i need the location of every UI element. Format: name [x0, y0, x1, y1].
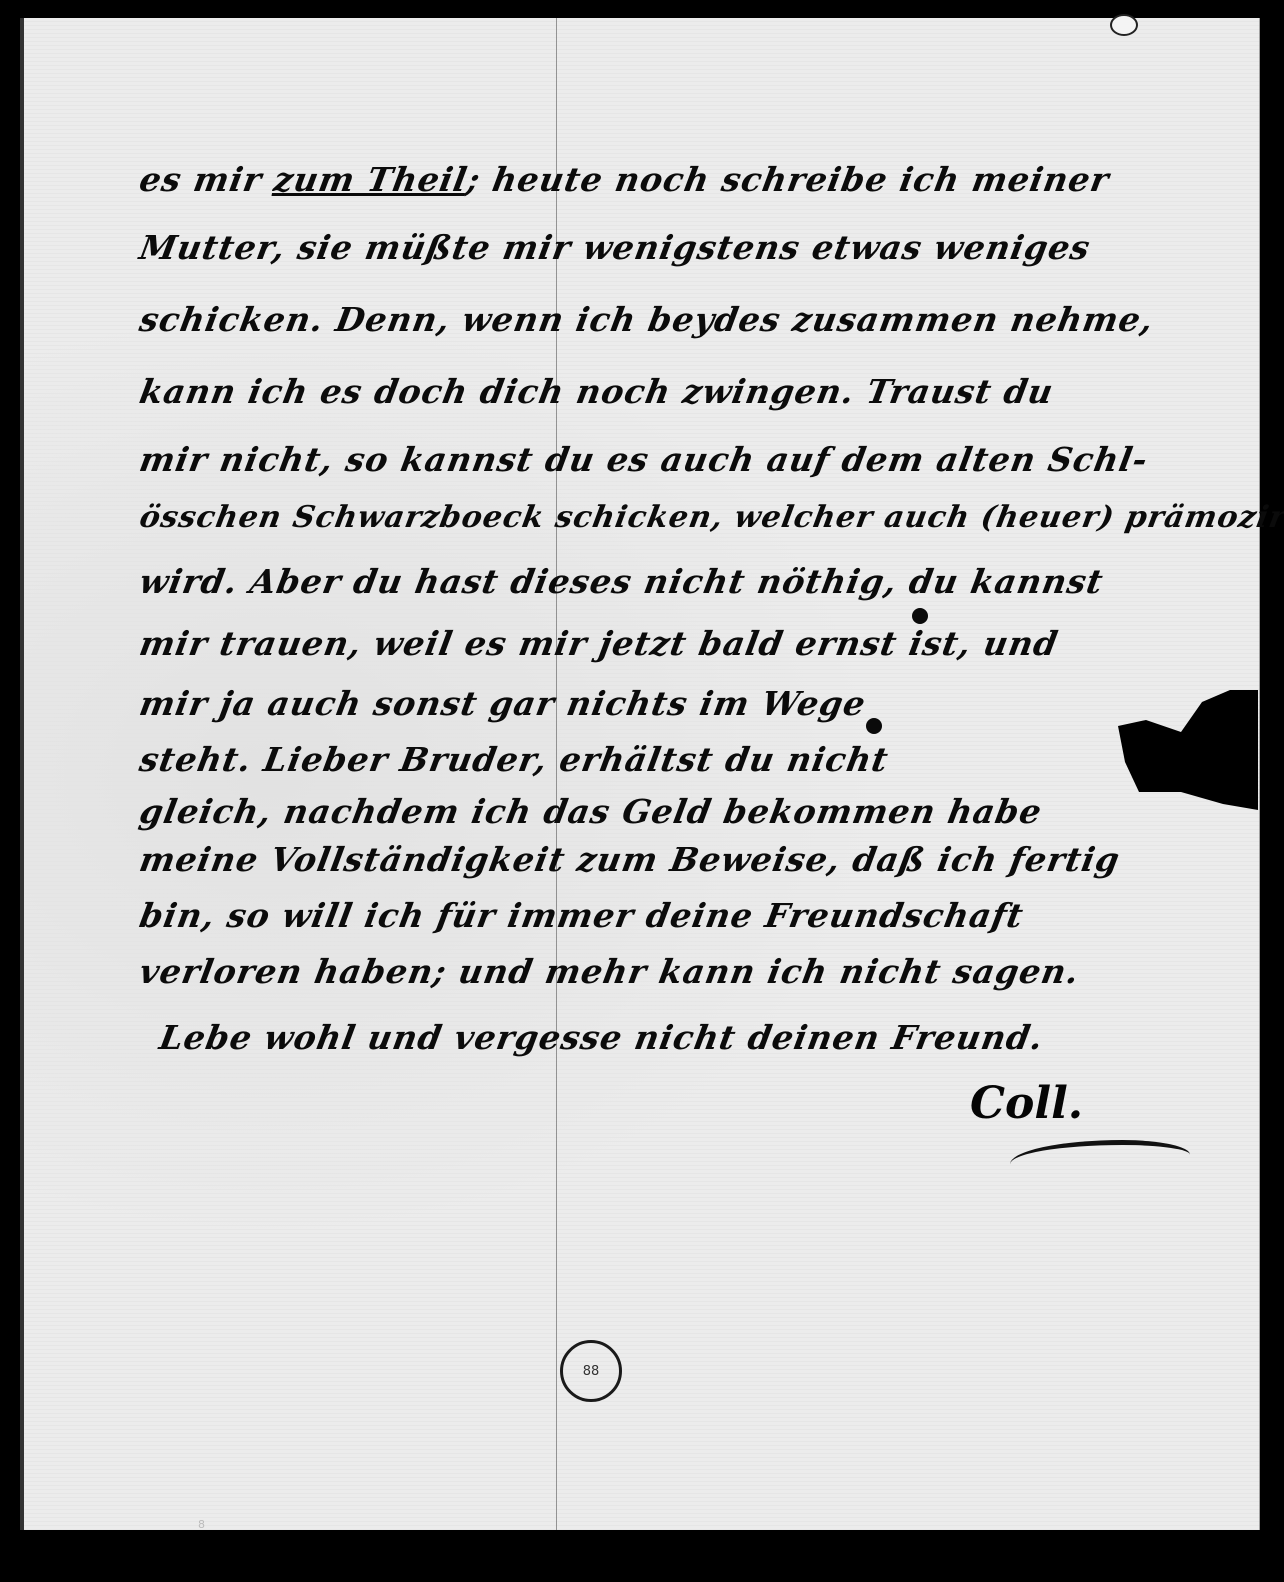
letter-line-4: kann ich es doch dich noch zwingen. Trau… [137, 372, 1057, 411]
ink-blot [912, 608, 928, 624]
ink-blot [866, 718, 882, 734]
letter-line-11: gleich, nachdem ich das Geld bekommen ha… [137, 792, 1046, 831]
letter-line-2: Mutter, sie müßte mir wenigstens etwas w… [137, 228, 1094, 267]
letter-line-5: mir nicht, so kannst du es auch auf dem … [137, 440, 1152, 479]
letter-line-14: verloren haben; und mehr kann ich nicht … [137, 952, 1083, 991]
letter-line-7: wird. Aber du hast dieses nicht nöthig, … [137, 562, 1107, 601]
letter-line-10: steht. Lieber Bruder, erhältst du nicht [137, 740, 892, 779]
right-edge-line [1259, 18, 1260, 1530]
letter-line-1: es mir zum Theil; heute noch schreibe ic… [137, 160, 1113, 199]
letter-line-12: meine Vollständigkeit zum Beweise, daß i… [137, 840, 1124, 879]
edge-mark: 8 [198, 1518, 205, 1531]
corner-seal-mark [1110, 14, 1138, 36]
archive-stamp: 88 [560, 1340, 622, 1402]
letter-line-6: össchen Schwarzboeck schicken, welcher a… [137, 500, 1284, 535]
letter-line-8: mir trauen, weil es mir jetzt bald ernst… [137, 624, 1062, 663]
letter-line-3: schicken. Denn, wenn ich beydes zusammen… [137, 300, 1157, 339]
letter-line-9: mir ja auch sonst gar nichts im Wege [137, 684, 870, 723]
underlined-phrase: zum Theil [271, 160, 471, 199]
letter-line-15: Lebe wohl und vergesse nicht deinen Freu… [157, 1018, 1047, 1057]
signature: Coll. [970, 1078, 1083, 1129]
letter-line-13: bin, so will ich für immer deine Freunds… [137, 896, 1027, 935]
